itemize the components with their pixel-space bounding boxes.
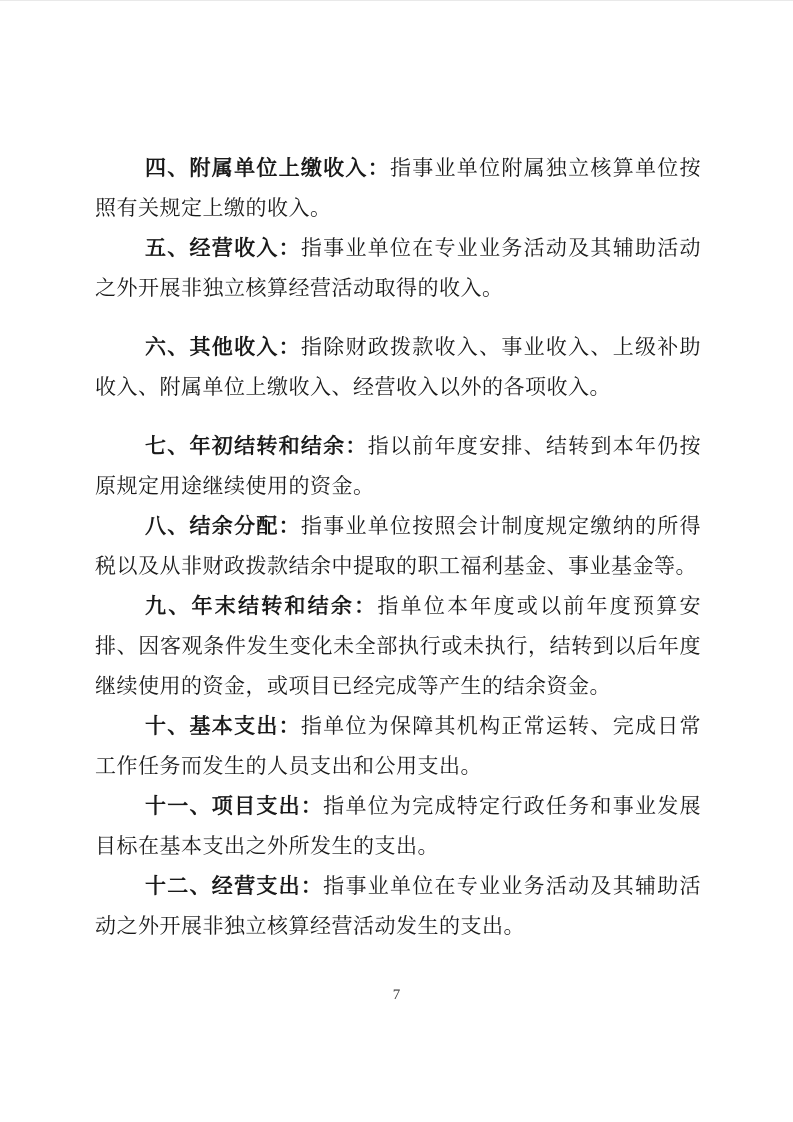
term-label: 十、基本支出：: [145, 714, 301, 738]
definition-paragraph: 九、年末结转和结余：指单位本年度或以前年度预算安排、因客观条件发生变化未全部执行…: [95, 586, 701, 706]
definition-paragraph: 十二、经营支出：指事业单位在专业业务活动及其辅助活动之外开展非独立核算经营活动发…: [95, 866, 701, 946]
definition-paragraph: 四、附属单位上缴收入：指事业单位附属独立核算单位按照有关规定上缴的收入。: [95, 148, 701, 228]
page-number: 7: [0, 984, 793, 1006]
term-label: 九、年末结转和结余：: [145, 594, 377, 618]
term-label: 七、年初结转和结余：: [145, 434, 368, 458]
definition-paragraph: 七、年初结转和结余：指以前年度安排、结转到本年仍按原规定用途继续使用的资金。: [95, 426, 701, 506]
term-label: 八、结余分配：: [145, 514, 301, 538]
term-label: 四、附属单位上缴收入：: [145, 156, 390, 180]
definitions-list: 四、附属单位上缴收入：指事业单位附属独立核算单位按照有关规定上缴的收入。 五、经…: [95, 148, 701, 946]
definition-paragraph: 十一、项目支出：指单位为完成特定行政任务和事业发展目标在基本支出之外所发生的支出…: [95, 786, 701, 866]
definition-paragraph: 六、其他收入：指除财政拨款收入、事业收入、上级补助收入、附属单位上缴收入、经营收…: [95, 327, 701, 407]
term-label: 五、经营收入：: [145, 236, 301, 260]
term-label: 十一、项目支出：: [145, 794, 323, 818]
definition-paragraph: 五、经营收入：指事业单位在专业业务活动及其辅助活动之外开展非独立核算经营活动取得…: [95, 228, 701, 308]
document-page: 四、附属单位上缴收入：指事业单位附属独立核算单位按照有关规定上缴的收入。 五、经…: [0, 0, 793, 1122]
definition-paragraph: 八、结余分配：指事业单位按照会计制度规定缴纳的所得税以及从非财政拨款结余中提取的…: [95, 506, 701, 586]
term-label: 六、其他收入：: [145, 335, 301, 359]
term-label: 十二、经营支出：: [145, 874, 323, 898]
definition-paragraph: 十、基本支出：指单位为保障其机构正常运转、完成日常工作任务而发生的人员支出和公用…: [95, 706, 701, 786]
